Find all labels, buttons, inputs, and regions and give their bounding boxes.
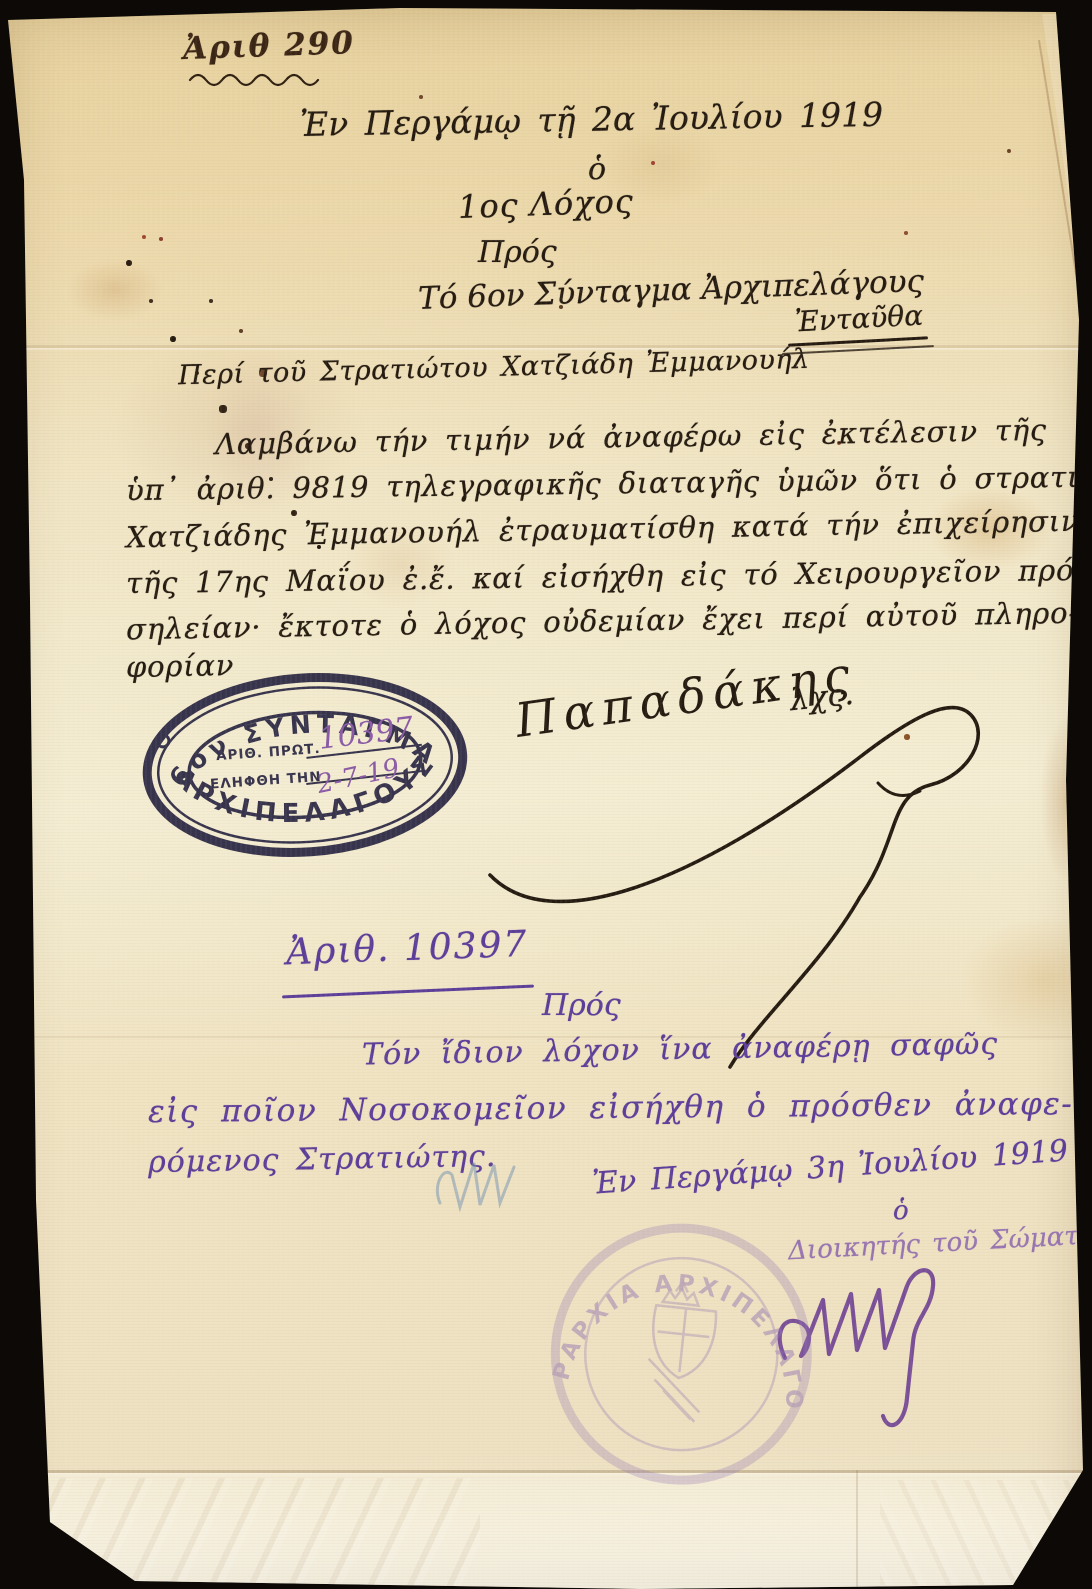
body-line: τῆς 17ης Μαΐου ἐ.ἔ. καί εἰσήχθη εἰς τό Χ…	[126, 552, 1092, 600]
body-line: Λαμβάνω τήν τιμήν νά ἀναφέρω εἰς ἐκτέλεσ…	[215, 413, 1047, 462]
fold-line	[0, 1470, 1092, 1473]
letter-to-label: Πρός	[478, 235, 557, 270]
forward-article: ὁ	[893, 1196, 909, 1226]
letter-delivery-note: Ἐνταῦθα	[794, 299, 924, 339]
officer-signature-flourish: Παπαδάκης	[430, 635, 1010, 1075]
crumple-shading	[880, 1480, 1080, 1585]
pencil-mark	[430, 1145, 525, 1225]
speckles	[0, 0, 2, 2]
officer-signature-rank: λχς.	[788, 677, 855, 718]
letter-sender-unit: 1ος Λόχος	[457, 182, 634, 226]
corner-crease-line	[1039, 40, 1087, 333]
ref-underline-squiggle	[188, 70, 338, 88]
scanned-document: Ἀριθ 290 Ἐν Περγάμῳ τῇ 2α Ἰουλίου 1919 ὁ…	[0, 0, 1092, 1589]
letter-date-line: Ἐν Περγάμῳ τῇ 2α Ἰουλίου 1919	[300, 95, 861, 144]
forward-line: εἰς ποῖον Νοσοκομεῖον εἰσήχθη ὁ πρόσθεν …	[148, 1086, 1074, 1130]
letter-article: ὁ	[588, 152, 606, 187]
registry-ref-number: Ἀριθ 290	[182, 25, 355, 67]
forward-to-label: Πρός	[542, 988, 621, 1023]
regiment-oval-stamp: 6ον ΣΥΝΤΑΓΜΑ ΑΡΧΙΠΕΛΑΓΟΥΣ ΑΡΙΘ. ΠΡΩΤ. ΕΛ…	[129, 656, 482, 874]
forward-date-line: Ἐν Περγάμῳ 3η Ἰουλίου 1919	[591, 1133, 1069, 1201]
crumple-shading	[20, 1478, 480, 1588]
oval-stamp-received-label: ΕΛΗΦΘΗ ΤΗΝ	[210, 769, 323, 793]
crease-vertical	[856, 1470, 858, 1589]
division-round-stamp: ΜΕΡΑΡΧΙΑ ΑΡΧΙΠΕΛΑΓΟΥΣ	[534, 1229, 827, 1486]
oval-stamp-protocol-label: ΑΡΙΘ. ΠΡΩΤ.	[216, 741, 322, 764]
document-paper: Ἀριθ 290 Ἐν Περγάμῳ τῇ 2α Ἰουλίου 1919 ὁ…	[0, 0, 1092, 1589]
forward-ref-number: Ἀριθ. 10397	[285, 924, 529, 973]
